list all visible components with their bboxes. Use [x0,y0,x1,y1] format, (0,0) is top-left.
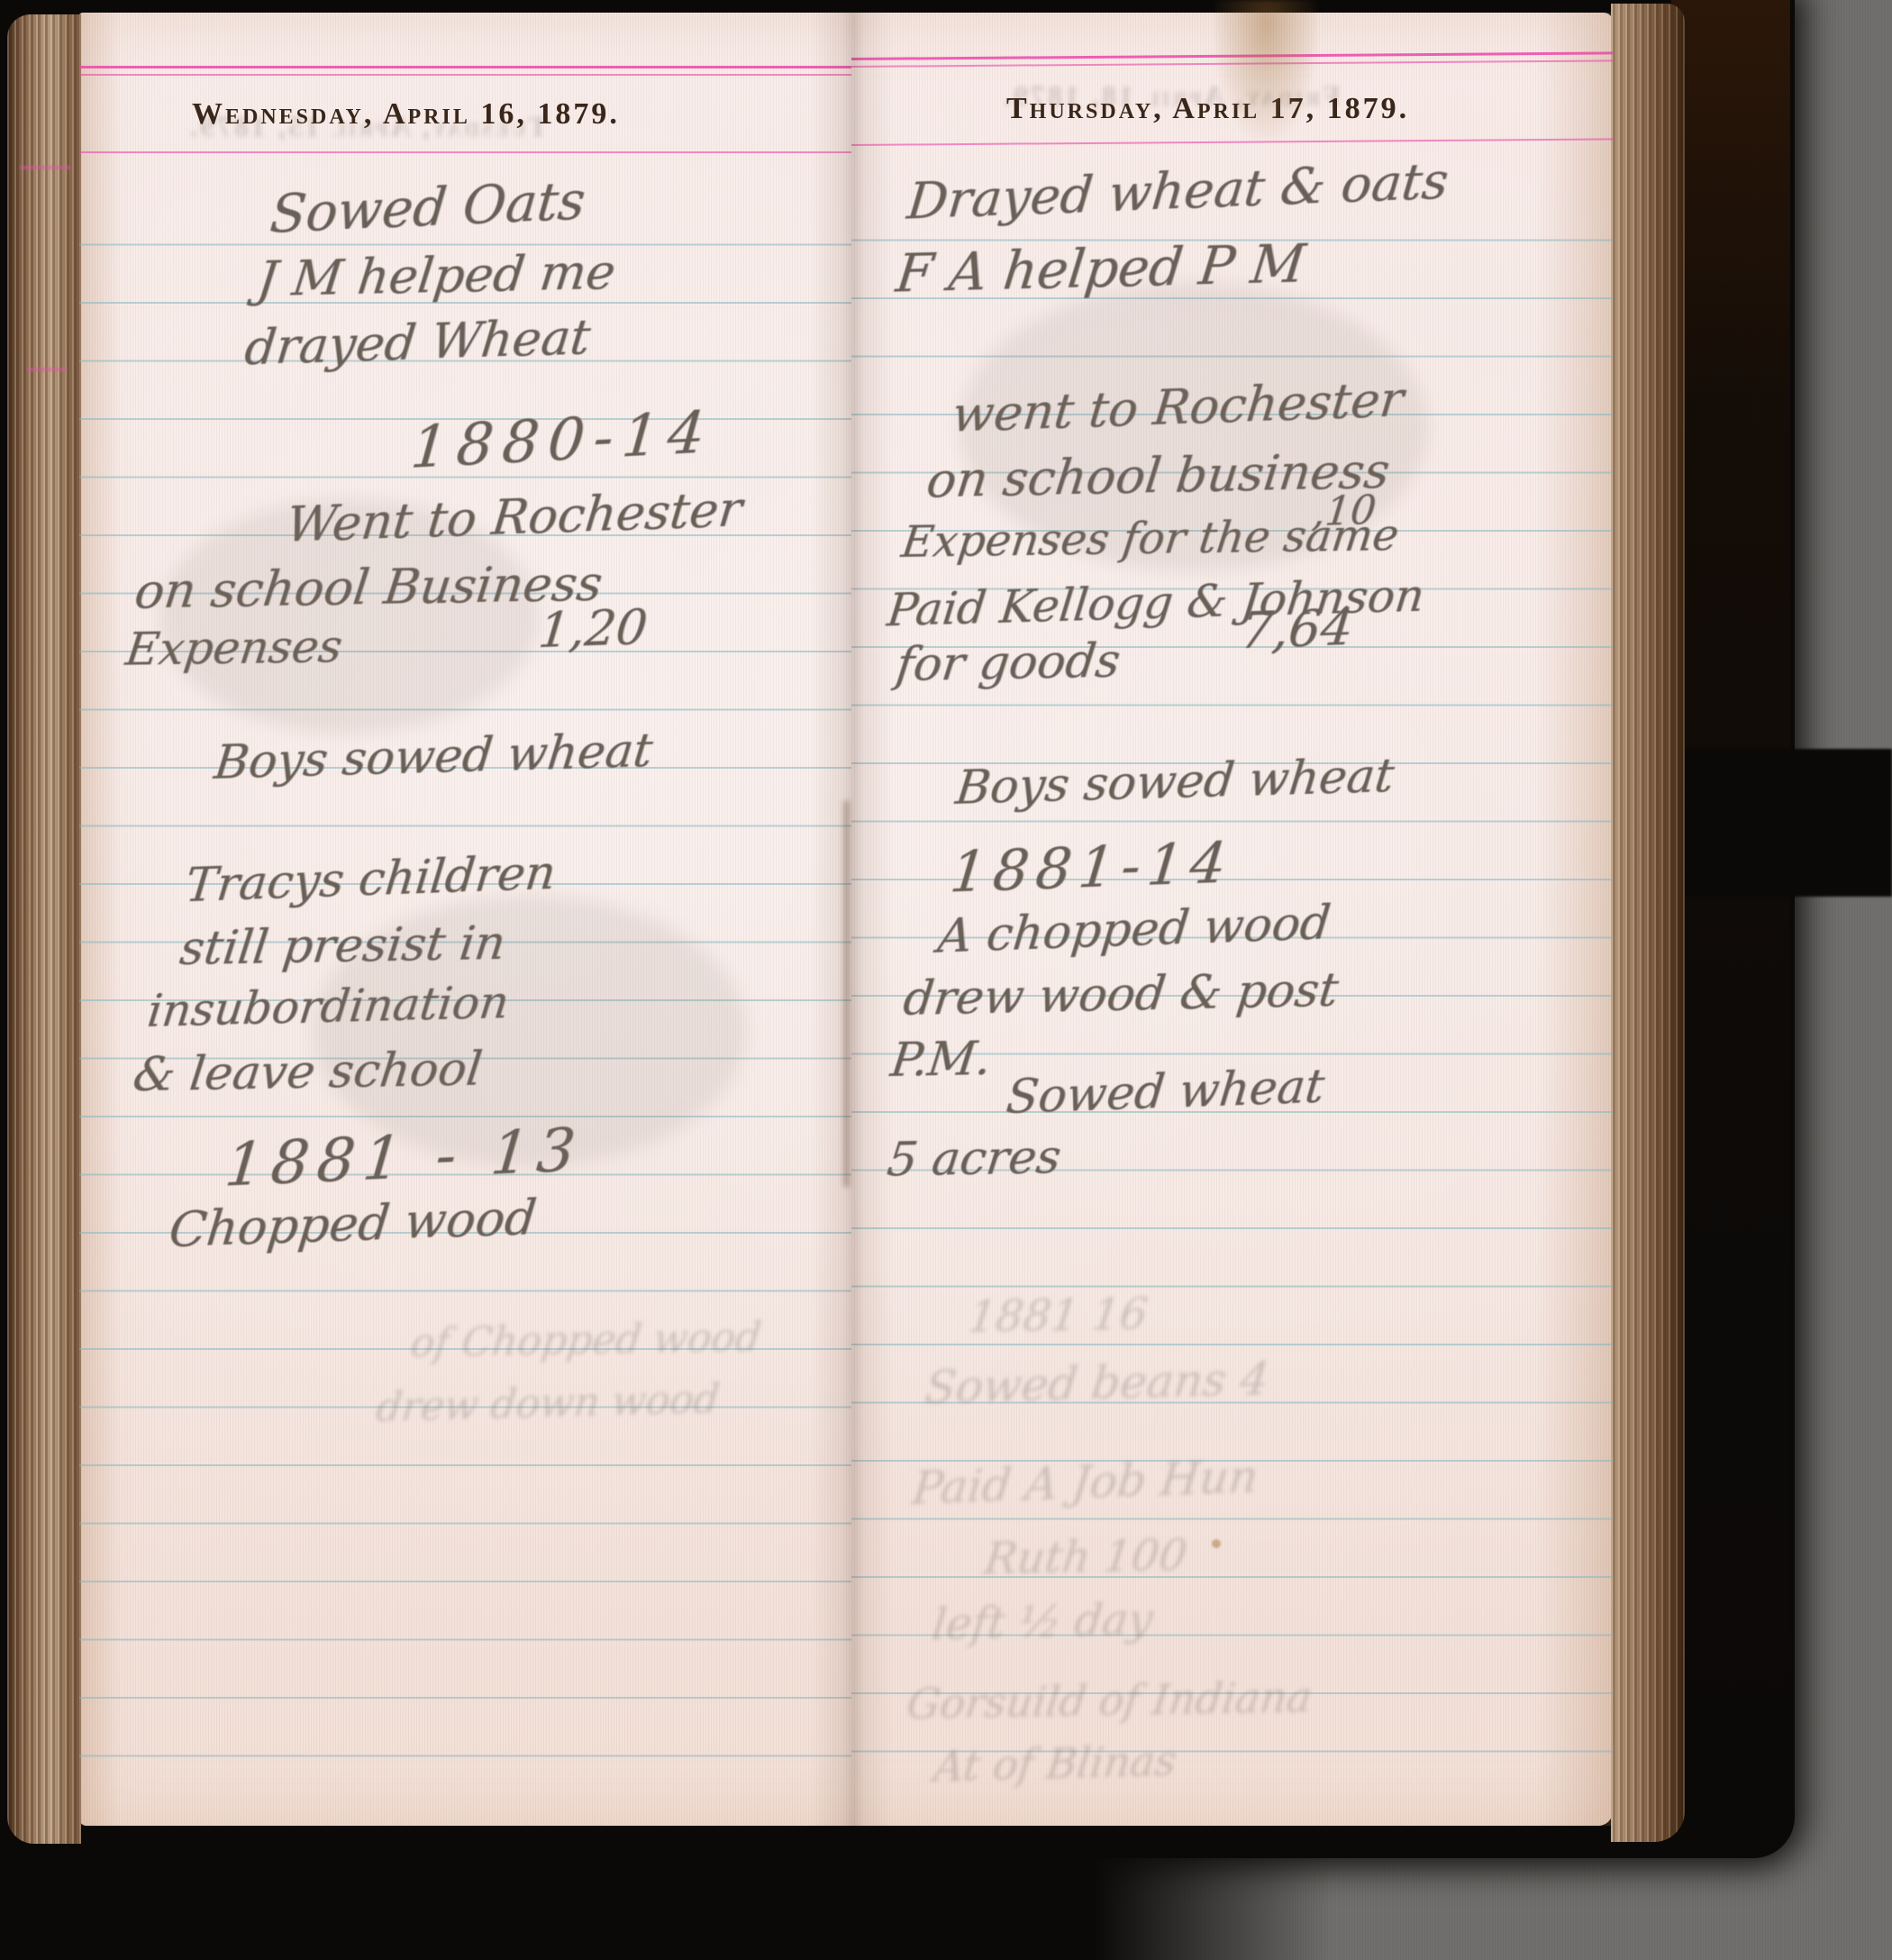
gutter-crease [843,800,850,1188]
diary-entry-line: 1881-14 [947,829,1236,905]
diary-entry-line: for goods [893,634,1123,692]
pencil-smudge [160,499,539,734]
diary-page-right: Friday, April 18, 1879. Thursday, April … [851,13,1613,1826]
diary-entry-line-amount: 7,64 [1238,598,1356,661]
paper-stain-dot [1212,1539,1221,1548]
diary-entry-line: 5 acres [884,1130,1063,1187]
diary-entry-line: drayed Wheat [242,308,594,376]
bleed-through-line: Ruth 100 [982,1530,1190,1584]
pencil-smudge [960,283,1428,571]
diary-entry-line: Sowed wheat [1004,1060,1327,1126]
pink-header-rule [79,151,851,153]
pink-top-rule-2 [79,74,851,76]
page-edges-left-stack [7,14,81,1844]
page-edges-right-stack [1611,4,1685,1842]
scanned-diary-spread: Tuesday, April 15, 1879. Wednesday, Apri… [0,0,1892,1960]
diary-entry-line: drew wood & post [900,963,1341,1026]
diary-entry-line: J M helped me [254,243,618,307]
bleed-through-line: of Chopped wood [408,1315,764,1367]
paper-stain [1214,0,1318,140]
bleed-through-line: 1881 16 [966,1289,1151,1343]
pencil-smudge [314,896,746,1166]
pink-rule-edge-mark [20,166,70,169]
bleed-through-line: left ½ day [930,1594,1156,1651]
diary-entry-line: P.M. [887,1032,994,1088]
book-clasp-tab [1681,749,1892,897]
diary-entry-line-amount: 1,20 [536,598,650,659]
bleed-through-line: Sowed beans 4 [923,1353,1272,1414]
pink-rule-edge-mark [27,368,67,371]
page-header-left: Wednesday, April 16, 1879. [192,97,620,132]
pink-top-rule [79,66,851,68]
page-header-right: Thursday, April 17, 1879. [1006,92,1409,126]
book-cover-right [1671,0,1790,1811]
bleed-through-line: Gorsuild of Indiana [905,1673,1315,1728]
scan-shadow-bottom [0,1847,1333,1960]
diary-page-left: Tuesday, April 15, 1879. Wednesday, Apri… [79,13,851,1826]
bleed-through-line: At of Blinas [932,1736,1179,1791]
bleed-through-line: drew down wood [374,1376,722,1431]
book-gutter-shadow [811,13,894,1826]
